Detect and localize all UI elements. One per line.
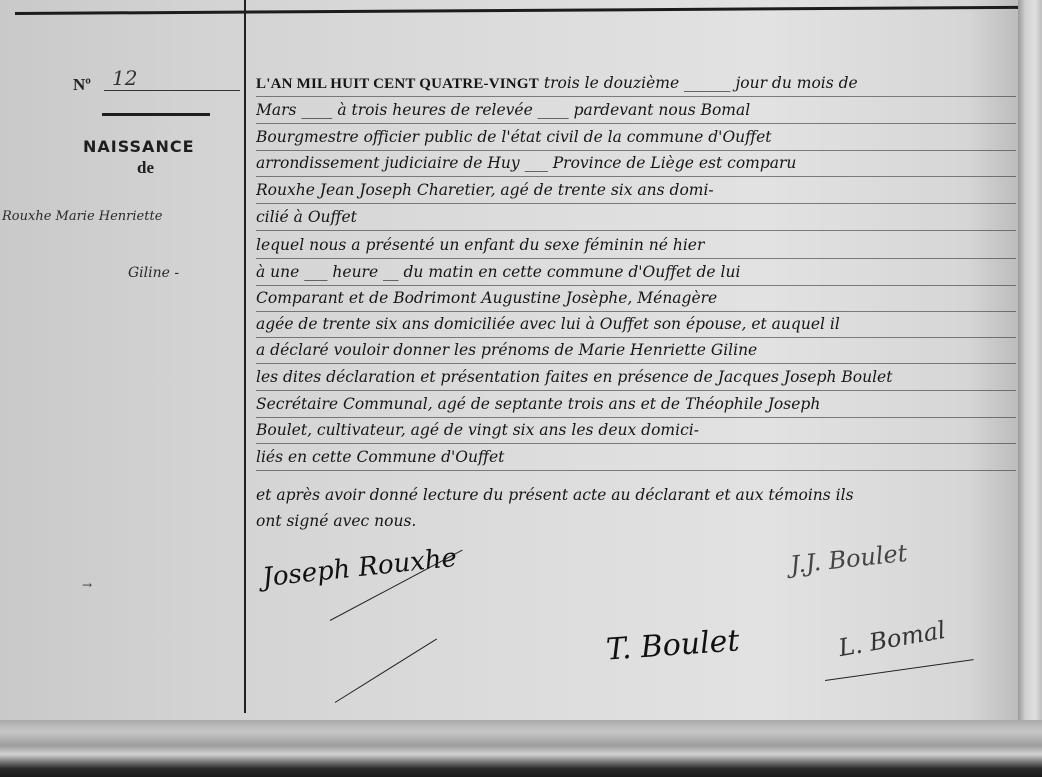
- record-line-13: Secrétaire Communal, agé de septante tro…: [256, 391, 1016, 418]
- child-name-line1: Rouxhe Marie Henriette: [2, 209, 162, 224]
- record-number-value: 12: [104, 66, 240, 91]
- record-line-12: les dites déclaration et présentation fa…: [256, 364, 1016, 391]
- record-line-1: L'AN MIL HUIT CENT QUATRE-VINGT trois le…: [256, 70, 1016, 97]
- signature-officer: L. Bomal: [836, 616, 947, 662]
- register-page: Nº 12 NAISSANCE de Rouxhe Marie Henriett…: [0, 0, 1018, 745]
- record-line-9: Comparant et de Bodrimont Augustine Josè…: [256, 285, 1016, 312]
- closing-line-1: et après avoir donné lecture du présent …: [256, 482, 1016, 508]
- top-rule: [15, 6, 1018, 15]
- record-line-7: lequel nous a présenté un enfant du sexe…: [256, 232, 1016, 259]
- record-line-14: Boulet, cultivateur, agé de vingt six an…: [256, 417, 1016, 444]
- record-line-6: cilié à Ouffet: [256, 204, 1016, 231]
- record-line-15: liés en cette Commune d'Ouffet: [256, 444, 1016, 471]
- record-type-title: NAISSANCE: [83, 137, 195, 156]
- margin-column-rule: [244, 0, 246, 713]
- closing-line-2: ont signé avec nous.: [256, 508, 1016, 534]
- record-line-3: Bourgmestre officier public de l'état ci…: [256, 124, 1016, 151]
- signature-flourish: [335, 638, 437, 702]
- signature-witness-2: T. Boulet: [605, 623, 741, 667]
- record-line-5: Rouxhe Jean Joseph Charetier, agé de tre…: [256, 177, 1016, 204]
- signature-flourish: [825, 659, 974, 681]
- record-line-4: arrondissement judiciaire de Huy ___ Pro…: [256, 150, 1016, 177]
- handwritten-text: trois le douzième ______ jour du mois de: [539, 74, 858, 92]
- number-rule: [102, 113, 210, 116]
- record-line-10: agée de trente six ans domiciliée avec l…: [256, 311, 1016, 338]
- record-number-label: Nº: [73, 75, 91, 95]
- printed-preamble: L'AN MIL HUIT CENT QUATRE-VINGT: [256, 76, 539, 92]
- record-line-11: a déclaré vouloir donner les prénoms de …: [256, 337, 1016, 364]
- arrow-mark-icon: →: [82, 578, 92, 592]
- page-bottom-edge: [0, 720, 1042, 777]
- record-line-2: Mars ____ à trois heures de relevée ____…: [256, 97, 1016, 124]
- record-type-subtitle: de: [137, 158, 154, 178]
- book-spine: [1018, 0, 1042, 777]
- signature-witness-1: J.J. Boulet: [789, 539, 909, 579]
- child-name-line2: Giline -: [128, 265, 179, 281]
- record-line-8: à une ___ heure __ du matin en cette com…: [256, 259, 1016, 286]
